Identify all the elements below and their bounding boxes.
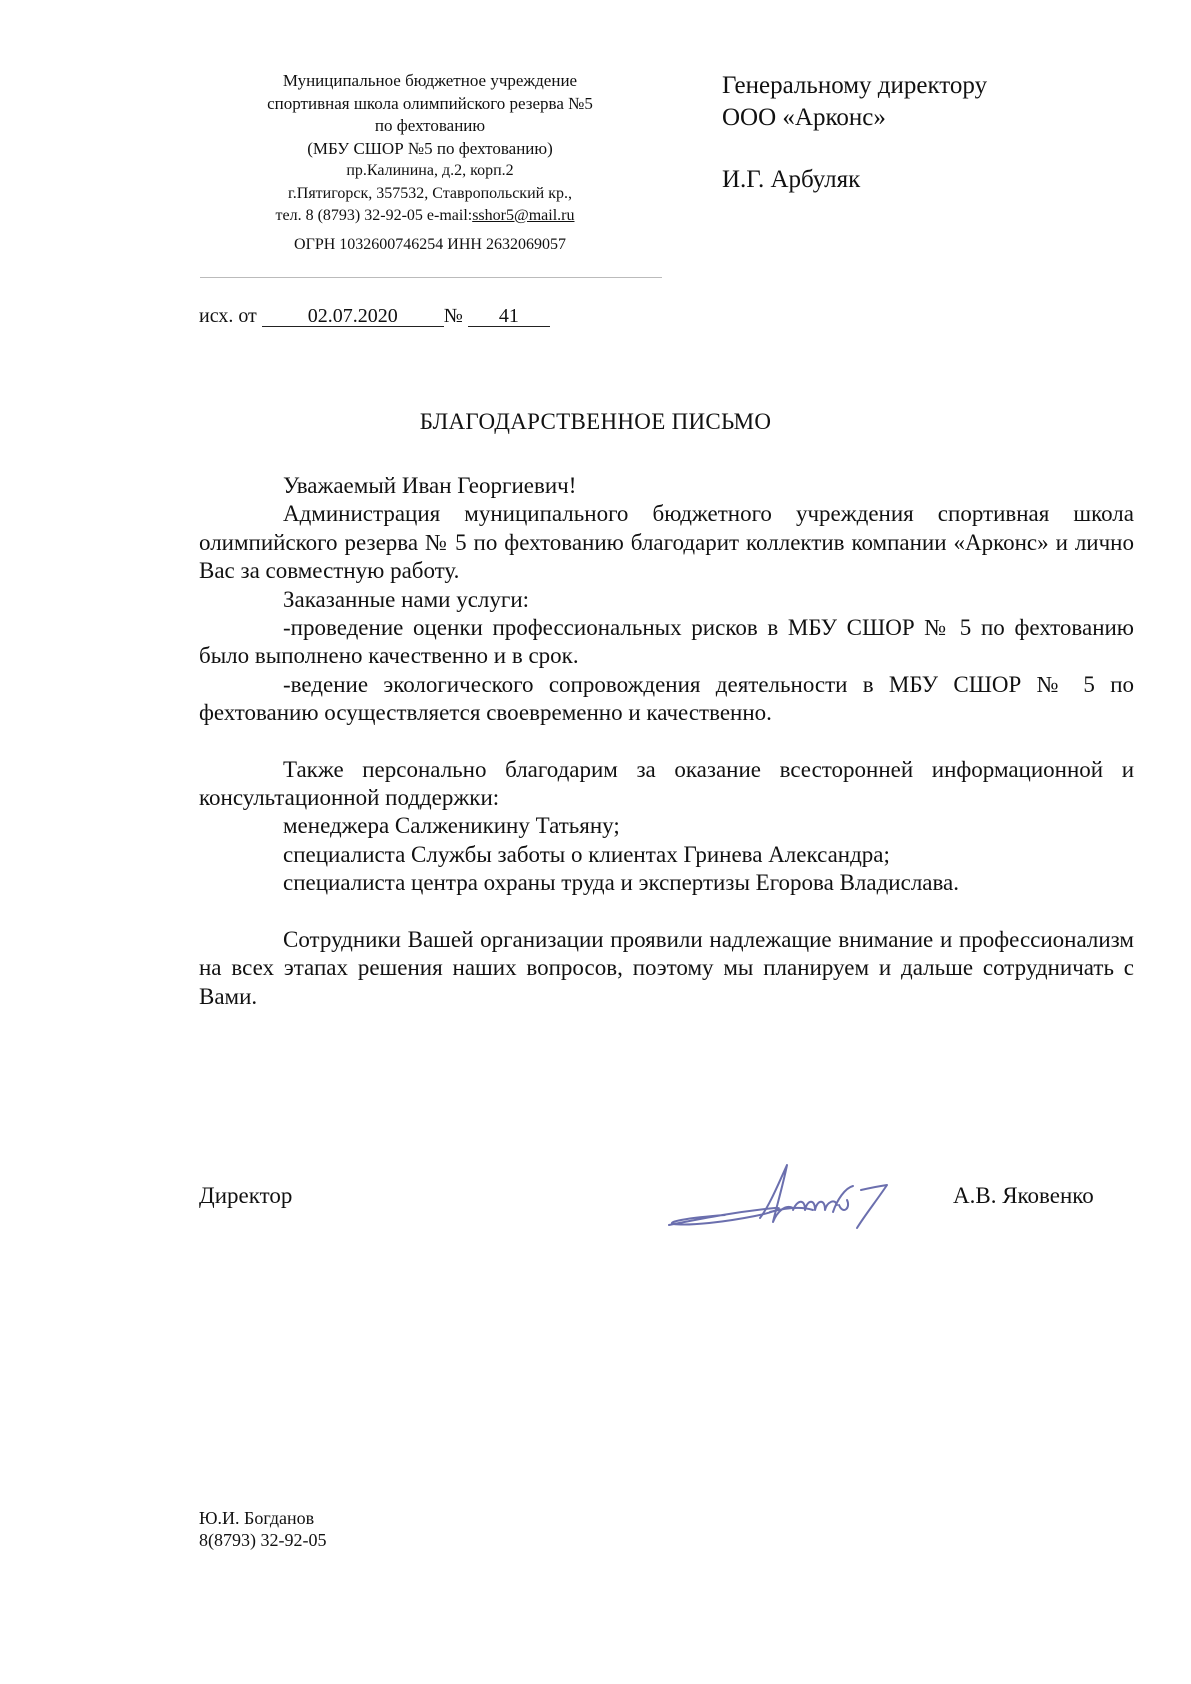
thanked-person: менеджера Салженикину Татьяну; [199, 812, 1134, 840]
org-registration: ОГРН 1032600746254 ИНН 2632069057 [200, 234, 660, 257]
thanks-intro: Также персонально благодарим за оказание… [199, 756, 1134, 813]
organization-letterhead: Муниципальное бюджетное учреждение спорт… [200, 70, 660, 256]
addressee-name: И.Г. Арбуляк [722, 164, 987, 196]
addressee-position: Генеральному директору [722, 70, 987, 102]
org-email-link[interactable]: sshor5@mail.ru [472, 207, 584, 224]
handwritten-signature-icon [665, 1160, 925, 1240]
org-phone: тел. 8 (8793) 32-92-05 e-mail: [276, 207, 473, 224]
service-item: -проведение оценки профессиональных риск… [199, 614, 1134, 671]
org-name-line: Муниципальное бюджетное учреждение [200, 70, 660, 93]
letterhead-divider [200, 277, 662, 278]
org-name-line: спортивная школа олимпийского резерва №5 [200, 93, 660, 116]
letter-body: Уважаемый Иван Георгиевич! Администрация… [199, 472, 1134, 1011]
salutation: Уважаемый Иван Георгиевич! [199, 472, 1134, 500]
service-item: -ведение экологического сопровождения де… [199, 671, 1134, 728]
reference-number: 41 [468, 306, 550, 327]
thanked-person: специалиста Службы заботы о клиентах Гри… [199, 841, 1134, 869]
org-name-line: по фехтованию [200, 115, 660, 138]
addressee-block: Генеральному директору ООО «Арконс» И.Г.… [722, 70, 987, 196]
reference-number-label: № [444, 305, 463, 327]
thanked-person: специалиста центра охраны труда и экспер… [199, 869, 1134, 897]
body-paragraph: Администрация муниципального бюджетного … [199, 500, 1134, 585]
services-intro: Заказанные нами услуги: [199, 586, 1134, 614]
org-address-city: г.Пятигорск, 357532, Ставропольский кр., [200, 183, 660, 206]
signatory-role: Директор [199, 1183, 292, 1209]
closing-paragraph: Сотрудники Вашей организации проявили на… [199, 926, 1134, 1011]
org-contacts: тел. 8 (8793) 32-92-05 e-mail:sshor5@mai… [200, 205, 660, 228]
executor-block: Ю.И. Богданов 8(8793) 32-92-05 [199, 1507, 326, 1551]
letter-title: БЛАГОДАРСТВЕННОЕ ПИСЬМО [0, 409, 1191, 435]
org-address-street: пр.Калинина, д.2, корп.2 [200, 160, 660, 183]
reference-date: 02.07.2020 [262, 306, 444, 327]
addressee-company: ООО «Арконс» [722, 102, 987, 134]
signatory-name: А.В. Яковенко [953, 1183, 1094, 1209]
executor-phone: 8(8793) 32-92-05 [199, 1529, 326, 1551]
outgoing-reference: исх. от 02.07.2020№ 41 [199, 305, 550, 328]
reference-label: исх. от [199, 305, 257, 327]
org-short-name: (МБУ СШОР №5 по фехтованию) [200, 138, 660, 161]
executor-name: Ю.И. Богданов [199, 1507, 326, 1529]
